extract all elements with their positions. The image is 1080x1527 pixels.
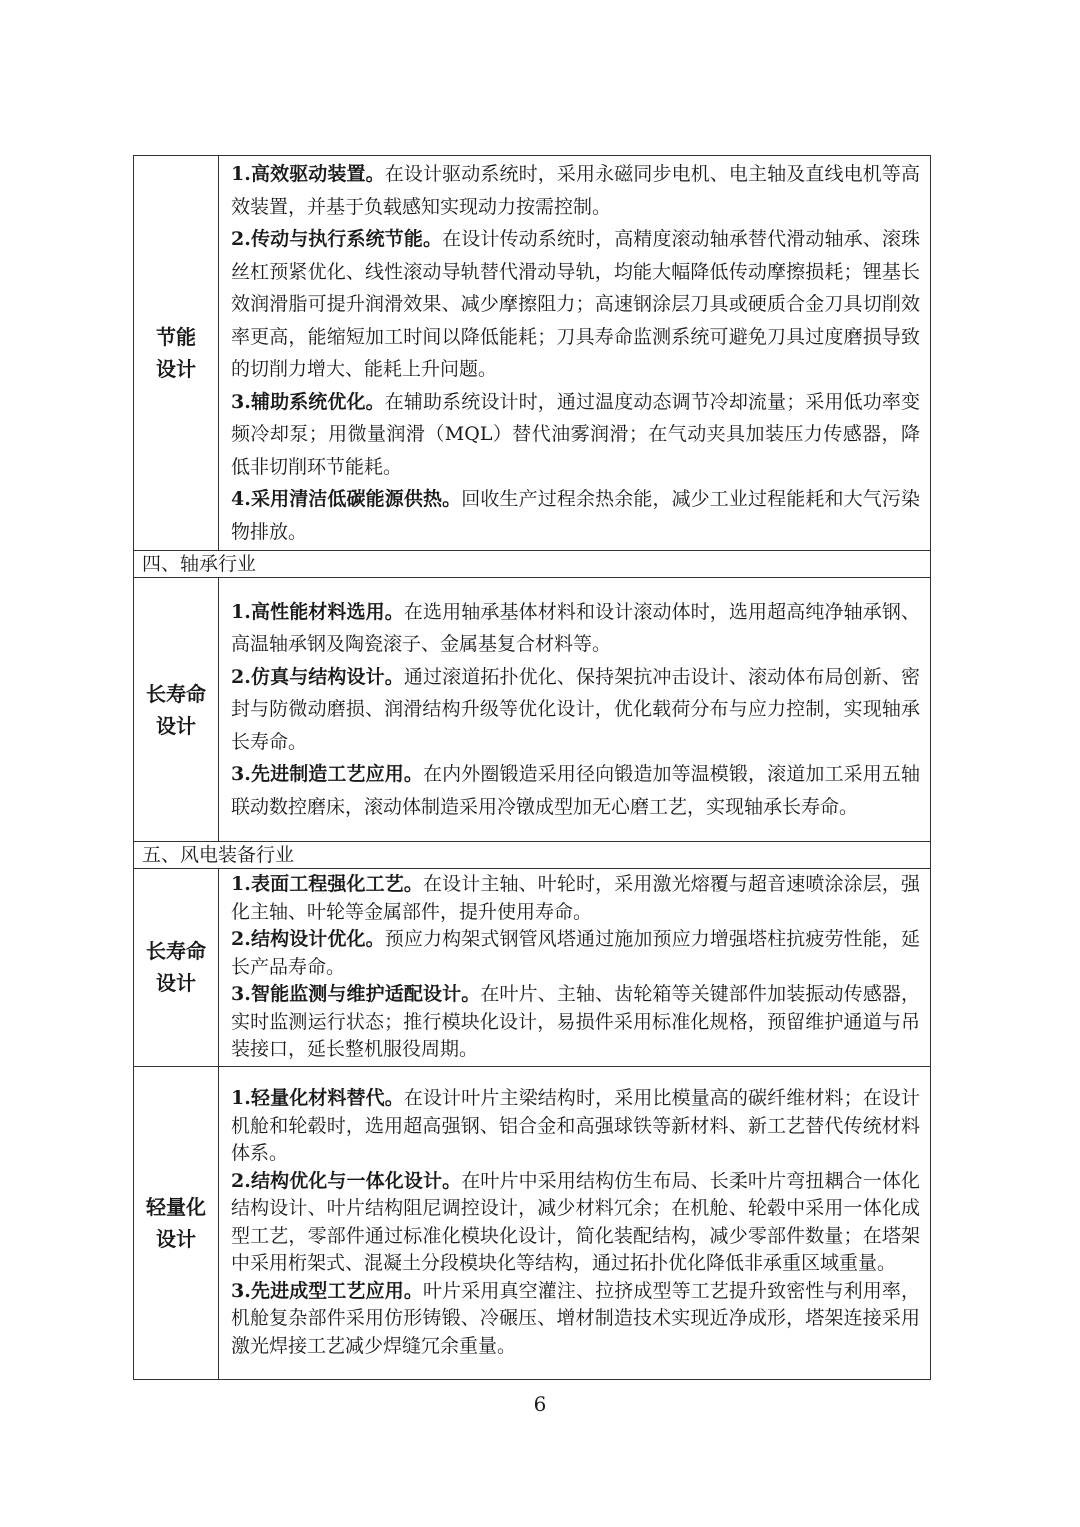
item-title: 2.传动与执行系统节能。 — [231, 228, 442, 250]
section-heading: 五、风电装备行业 — [134, 842, 931, 869]
item-title: 3.先进成型工艺应用。 — [231, 1280, 423, 1302]
category-label: 长寿命 — [134, 935, 218, 967]
item-title: 3.先进制造工艺应用。 — [231, 763, 423, 785]
table-row: 长寿命 设计 1.高性能材料选用。在选用轴承基体材料和设计滚动体时，选用超高纯净… — [134, 578, 931, 842]
category-cell: 节能 设计 — [134, 156, 219, 551]
section-row: 四、轴承行业 — [134, 551, 931, 578]
item-title: 1.高性能材料选用。 — [231, 601, 404, 623]
section-heading: 四、轴承行业 — [134, 551, 931, 578]
category-cell: 长寿命 设计 — [134, 869, 219, 1067]
list-item: 3.智能监测与维护适配设计。在叶片、主轴、齿轮箱等关键部件加装振动传感器，实时监… — [231, 981, 920, 1064]
category-label: 长寿命 — [134, 678, 218, 710]
content-cell: 1.轻量化材料替代。在设计叶片主梁结构时，采用比模量高的碳纤维材料；在设计机舱和… — [219, 1066, 931, 1379]
list-item: 2.传动与执行系统节能。在设计传动系统时，高精度滚动轴承替代滑动轴承、滚珠丝杠预… — [231, 223, 920, 386]
item-title: 3.辅助系统优化。 — [231, 391, 385, 413]
category-label: 设计 — [134, 1223, 218, 1255]
list-item: 1.表面工程强化工艺。在设计主轴、叶轮时，采用激光熔覆与超音速喷涂涂层，强化主轴… — [231, 871, 920, 926]
list-item: 3.先进成型工艺应用。叶片采用真空灌注、拉挤成型等工艺提升致密性与利用率，机舱复… — [231, 1278, 920, 1361]
table-row: 轻量化 设计 1.轻量化材料替代。在设计叶片主梁结构时，采用比模量高的碳纤维材料… — [134, 1066, 931, 1379]
category-cell: 长寿命 设计 — [134, 578, 219, 842]
item-title: 4.采用清洁低碳能源供热。 — [231, 488, 461, 510]
section-row: 五、风电装备行业 — [134, 842, 931, 869]
table-row: 长寿命 设计 1.表面工程强化工艺。在设计主轴、叶轮时，采用激光熔覆与超音速喷涂… — [134, 869, 931, 1067]
category-label: 设计 — [134, 353, 218, 385]
list-item: 3.辅助系统优化。在辅助系统设计时，通过温度动态调节冷却流量；采用低功率变频冷却… — [231, 386, 920, 484]
list-item: 1.高性能材料选用。在选用轴承基体材料和设计滚动体时，选用超高纯净轴承钢、高温轴… — [231, 596, 920, 661]
list-item: 2.结构设计优化。预应力构架式钢管风塔通过施加预应力增强塔柱抗疲劳性能，延长产品… — [231, 926, 920, 981]
category-label: 轻量化 — [134, 1191, 218, 1223]
item-title: 2.结构设计优化。 — [231, 928, 385, 950]
item-title: 3.智能监测与维护适配设计。 — [231, 983, 480, 1005]
item-title: 2.仿真与结构设计。 — [231, 666, 404, 688]
item-title: 2.结构优化与一体化设计。 — [231, 1170, 461, 1192]
list-item: 2.仿真与结构设计。通过滚道拓扑优化、保持架抗冲击设计、滚动体布局创新、密封与防… — [231, 661, 920, 759]
list-item: 2.结构优化与一体化设计。在叶片中采用结构仿生布局、长柔叶片弯扭耦合一体化结构设… — [231, 1168, 920, 1278]
category-label: 设计 — [134, 967, 218, 999]
item-title: 1.高效驱动装置。 — [231, 163, 385, 185]
list-item: 4.采用清洁低碳能源供热。回收生产过程余热余能，减少工业过程能耗和大气污染物排放… — [231, 483, 920, 548]
design-guideline-table: 节能 设计 1.高效驱动装置。在设计驱动系统时，采用永磁同步电机、电主轴及直线电… — [133, 155, 931, 1380]
page-number: 6 — [0, 1392, 1080, 1416]
category-label: 设计 — [134, 710, 218, 742]
table-row: 节能 设计 1.高效驱动装置。在设计驱动系统时，采用永磁同步电机、电主轴及直线电… — [134, 156, 931, 551]
list-item: 1.轻量化材料替代。在设计叶片主梁结构时，采用比模量高的碳纤维材料；在设计机舱和… — [231, 1085, 920, 1168]
item-title: 1.轻量化材料替代。 — [231, 1087, 404, 1109]
list-item: 1.高效驱动装置。在设计驱动系统时，采用永磁同步电机、电主轴及直线电机等高效装置… — [231, 158, 920, 223]
content-cell: 1.表面工程强化工艺。在设计主轴、叶轮时，采用激光熔覆与超音速喷涂涂层，强化主轴… — [219, 869, 931, 1067]
content-cell: 1.高效驱动装置。在设计驱动系统时，采用永磁同步电机、电主轴及直线电机等高效装置… — [219, 156, 931, 551]
item-text: 在设计传动系统时，高精度滚动轴承替代滑动轴承、滚珠丝杠预紧优化、线性滚动导轨替代… — [231, 228, 920, 380]
category-cell: 轻量化 设计 — [134, 1066, 219, 1379]
category-label: 节能 — [134, 321, 218, 353]
list-item: 3.先进制造工艺应用。在内外圈锻造采用径向锻造加等温模锻，滚道加工采用五轴联动数… — [231, 758, 920, 823]
content-cell: 1.高性能材料选用。在选用轴承基体材料和设计滚动体时，选用超高纯净轴承钢、高温轴… — [219, 578, 931, 842]
item-title: 1.表面工程强化工艺。 — [231, 873, 423, 895]
